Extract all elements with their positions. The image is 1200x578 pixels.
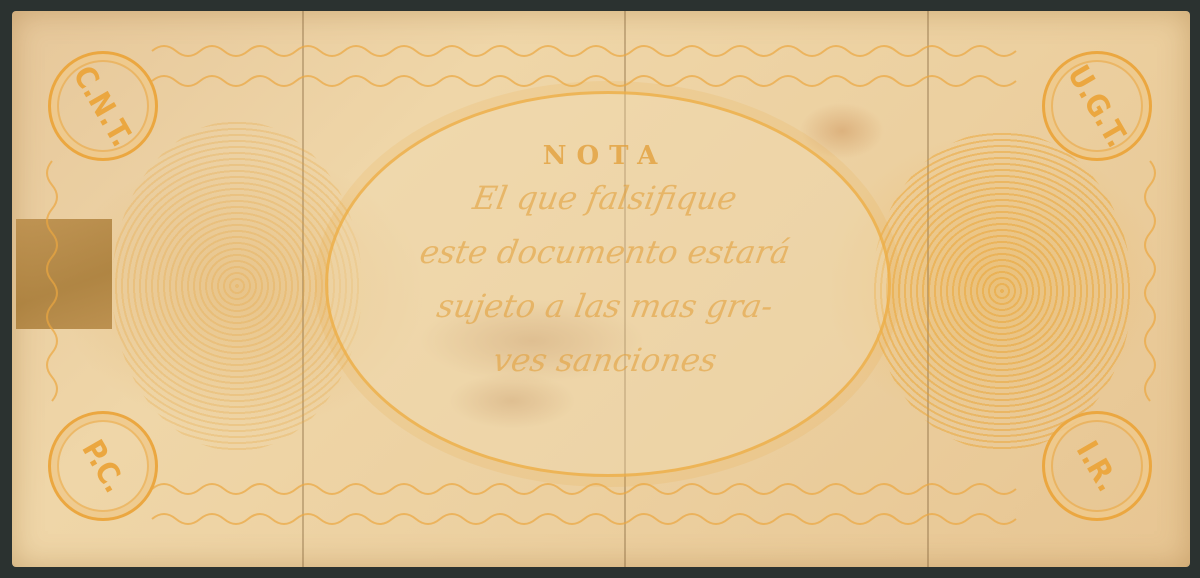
seal-ir: I.R. — [1042, 411, 1152, 521]
seal-cnt: C.N.T. — [48, 51, 158, 161]
seal-ugt: U.G.T. — [1042, 51, 1152, 161]
guilloche-rosette-right — [872, 131, 1132, 451]
center-text-line: sujeto a las mas gra- — [320, 279, 890, 333]
center-text-line: El que falsifique — [320, 171, 890, 225]
center-text-line: este documento estará — [320, 225, 890, 279]
seal-pc: P.C. — [48, 411, 158, 521]
seal-label: I.R. — [1069, 435, 1125, 497]
seal-label: P.C. — [74, 434, 132, 499]
banknote: NOTA El que falsifique este documento es… — [12, 11, 1190, 567]
center-text-block: NOTA El que falsifique este documento es… — [325, 141, 885, 387]
center-text-line: ves sanciones — [320, 333, 890, 387]
seal-label: U.G.T. — [1060, 59, 1135, 153]
seal-label: C.N.T. — [66, 60, 140, 153]
center-heading: NOTA — [325, 141, 885, 171]
